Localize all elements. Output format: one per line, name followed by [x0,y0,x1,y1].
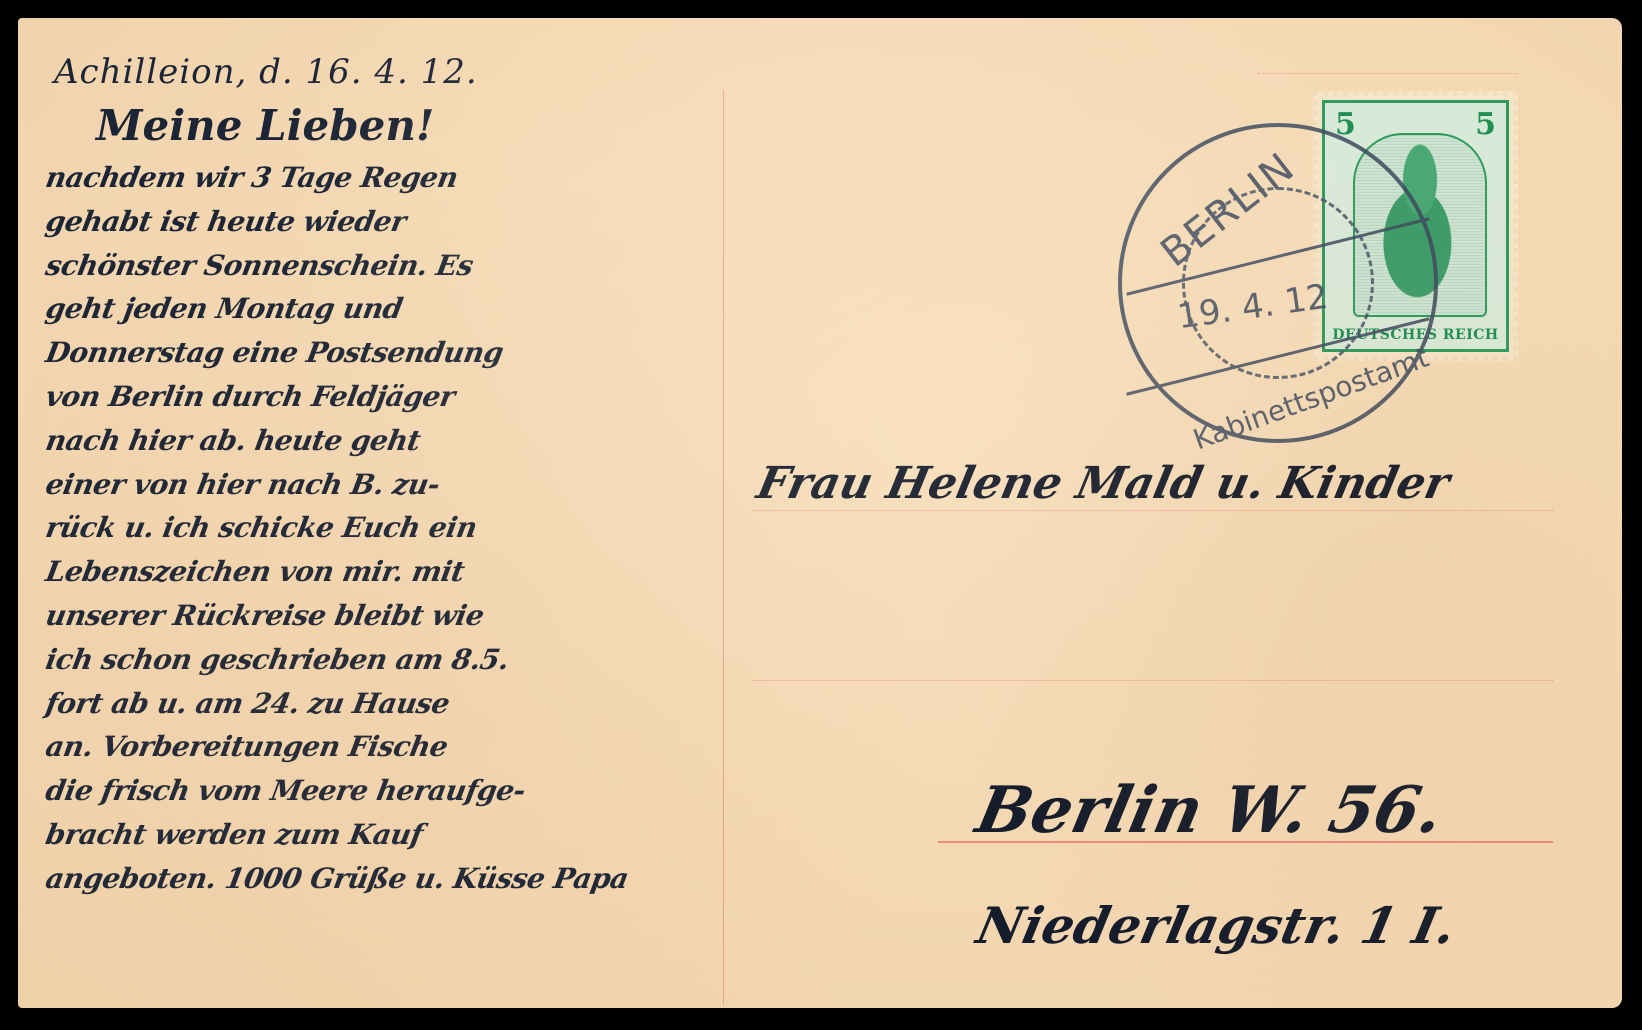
stamp-box-line [1258,73,1518,74]
postcard: Achilleion, d. 16. 4. 12. Meine Lieben! … [18,18,1622,1008]
message-line: Lebenszeichen von mir. mit [42,550,730,594]
postmark-cancellation: BERLIN 19. 4. 12 Kabinettspostamt [1118,123,1438,443]
address-line-1 [753,510,1553,511]
message-line: schönster Sonnenschein. Es [42,244,730,288]
message-line: von Berlin durch Feldjäger [42,375,730,419]
recipient-city: Berlin W. 56. [970,773,1450,848]
message-line: die frisch vom Meere heraufge- [42,769,730,813]
message-line: rück u. ich schicke Euch ein [42,506,730,550]
stamp-value-right: 5 [1475,107,1496,142]
message-line: gehabt ist heute wieder [42,200,730,244]
message-line: unserer Rückreise bleibt wie [42,594,730,638]
message-dateline: Achilleion, d. 16. 4. 12. [54,48,726,96]
message-line: angeboten. 1000 Grüße u. Küsse Papa [42,857,730,901]
message-line: einer von hier nach B. zu- [42,463,730,507]
recipient-street: Niederlagstr. 1 I. [972,896,1461,955]
message-line: geht jeden Montag und [42,287,730,331]
message-line: an. Vorbereitungen Fische [42,725,730,769]
handwritten-message: Achilleion, d. 16. 4. 12. Meine Lieben! … [46,48,726,901]
message-line: nachdem wir 3 Tage Regen [42,156,730,200]
recipient-name: Frau Helene Mald u. Kinder [753,458,1454,509]
message-line: nach hier ab. heute geht [42,419,730,463]
message-line: ich schon geschrieben am 8.5. [42,638,730,682]
message-line: Donnerstag eine Postsendung [42,331,730,375]
message-greeting: Meine Lieben! [96,96,726,156]
message-line: fort ab u. am 24. zu Hause [42,682,730,726]
message-line: bracht werden zum Kauf [42,813,730,857]
address-line-2 [753,680,1553,681]
